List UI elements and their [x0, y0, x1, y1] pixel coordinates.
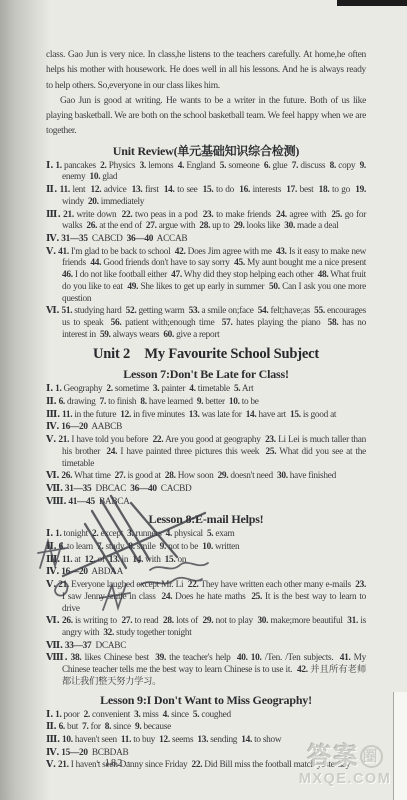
answer-text: 1. poor 2. convenient 3. miss 4. since 5…: [55, 710, 231, 720]
answer-block: Ⅷ. 41—45 BABCA: [46, 496, 366, 509]
book-page: class. Gao Jun is very nice. In class,he…: [0, 0, 407, 800]
photo-top-edge-bar: [337, 0, 407, 6]
page-number: · 182 ·: [84, 758, 144, 769]
answer-block: Ⅱ. 6. drawing 7. to finish 8. have learn…: [46, 396, 366, 409]
roman-numeral: Ⅲ.: [46, 734, 60, 745]
answer-block: Ⅰ. 1. tonight 2. except 3. runners 4. ph…: [46, 528, 366, 541]
lesson-7-heading: Lesson 7:Don't Be Late for Class!: [46, 367, 366, 381]
answer-text: 38. likes Chinese best 39. the teacher's…: [62, 653, 368, 686]
answer-text: 31—35 DBCAC 36—40 CACBD: [65, 484, 192, 494]
answer-block: Ⅱ. 6. to learn 7. study 8. smile 9. not …: [46, 541, 366, 554]
answer-block: Ⅴ. 21. I have told you before 22. Are yo…: [46, 434, 366, 470]
answer-block: Ⅶ. 31—35 DBCAC 36—40 CACBD: [46, 483, 366, 496]
answer-text: 6. drawing 7. to finish 8. have learned …: [59, 397, 259, 407]
roman-numeral: Ⅳ.: [46, 233, 59, 244]
answer-text: 16—20 AABCB: [61, 422, 122, 432]
watermark-logo-text: 答案: [308, 743, 360, 770]
intro-paragraph-1: class. Gao Jun is very nice. In class,he…: [46, 48, 366, 94]
page-content: class. Gao Jun is very nice. In class,he…: [46, 48, 366, 772]
answer-text: 41—45 BABCA: [68, 497, 129, 507]
answer-text: 21. Everyone laughed except Mr. Li 22. T…: [58, 580, 368, 613]
roman-numeral: Ⅷ.: [46, 652, 67, 663]
lesson-8-heading: Lesson 8:E-mail Helps!: [46, 512, 366, 526]
answer-text: 51. studying hard 52. getting warm 53. a…: [61, 306, 368, 339]
answer-text: 31—35 CABCD 36—40 ACCAB: [61, 234, 187, 244]
answer-block: Ⅵ. 51. studying hard 52. getting warm 53…: [46, 305, 366, 341]
answer-text: 1. Geography 2. sometime 3. painter 4. t…: [55, 384, 253, 394]
answer-text: 11. at 12. of 13. in 14. with 15. on: [62, 555, 186, 565]
roman-numeral: Ⅰ.: [46, 383, 53, 394]
answer-text: 1. tonight 2. except 3. runners 4. physi…: [55, 529, 234, 539]
answer-block: Ⅳ. 16—20 ABDAA: [46, 566, 366, 579]
watermark-site: MXQE.COM: [284, 771, 406, 787]
answer-block: Ⅲ. 11. in the future 12. in five minutes…: [46, 409, 366, 422]
answer-text: 10. haven't seen 11. to buy 12. seems 13…: [62, 735, 281, 745]
roman-numeral: Ⅵ.: [46, 615, 60, 626]
answer-block: Ⅵ. 26. is writing to 27. to read 28. lot…: [46, 615, 366, 639]
answer-block: Ⅱ. 6. but 7. for 8. since 9. because: [46, 721, 366, 734]
roman-numeral: Ⅱ.: [46, 396, 57, 407]
roman-numeral: Ⅲ.: [46, 209, 61, 220]
answer-text: 15—20 BCBDAB: [61, 748, 128, 758]
answer-text: 26. What time 27. is good at 28. How soo…: [61, 471, 336, 481]
roman-numeral: Ⅴ.: [46, 579, 56, 590]
answer-text: 21. I have told you before 22. Are you g…: [58, 435, 368, 468]
roman-numeral: Ⅴ.: [46, 759, 56, 770]
roman-numeral: Ⅳ.: [46, 747, 59, 758]
answer-text: 16—20 ABDAA: [61, 567, 123, 577]
roman-numeral: Ⅵ.: [46, 470, 59, 481]
lesson-9-heading: Lesson 9:I Don't Want to Miss Geography!: [46, 693, 366, 707]
answer-block: Ⅴ. 41. I'm glad to be back to school 42.…: [46, 246, 366, 306]
watermark-logo: 答案圈: [284, 744, 406, 770]
watermark-logo-badge: 圈: [360, 745, 383, 768]
roman-numeral: Ⅱ.: [46, 541, 57, 552]
answer-block: Ⅰ. 1. Geography 2. sometime 3. painter 4…: [46, 383, 366, 396]
answer-block: Ⅶ. 33—37 DCABC: [46, 640, 366, 653]
roman-numeral: Ⅱ.: [46, 721, 57, 732]
roman-numeral: Ⅵ.: [46, 305, 59, 316]
answer-text: 11. in the future 12. in five minutes 13…: [62, 410, 336, 420]
answer-text: 21. write down 22. two peas in a pod 23.…: [62, 210, 368, 232]
answer-block: Ⅱ. 11. lent 12. advice 13. first 14. to …: [46, 184, 366, 208]
answer-block: Ⅲ. 11. at 12. of 13. in 14. with 15. on: [46, 554, 366, 567]
answer-text: 33—37 DCABC: [65, 641, 126, 651]
intro-paragraph-2: Gao Jun is good at writing. He wants to …: [46, 94, 366, 140]
answer-text: 11. lent 12. advice 13. first 14. to see…: [60, 185, 368, 207]
answer-block: Ⅳ. 16—20 AABCB: [46, 421, 366, 434]
roman-numeral: Ⅲ.: [46, 409, 60, 420]
answer-text: 1. pancakes 2. Physics 3. lemons 4. Engl…: [55, 161, 368, 183]
roman-numeral: Ⅷ.: [46, 496, 66, 507]
answer-block: Ⅵ. 26. What time 27. is good at 28. How …: [46, 470, 366, 483]
answer-block: Ⅰ. 1. pancakes 2. Physics 3. lemons 4. E…: [46, 160, 366, 184]
roman-numeral: Ⅳ.: [46, 566, 59, 577]
answer-block: Ⅳ. 31—35 CABCD 36—40 ACCAB: [46, 233, 366, 246]
roman-numeral: Ⅴ.: [46, 434, 56, 445]
section-heading-unit-review: Unit Review(单元基础知识综合检测): [46, 144, 366, 158]
answer-block: Ⅷ. 38. likes Chinese best 39. the teache…: [46, 652, 366, 688]
unit-heading: Unit 2 My Favourite School Subject: [46, 346, 366, 363]
page-left-shadow: [0, 0, 50, 800]
watermark: 答案圈 MXQE.COM: [284, 744, 406, 787]
roman-numeral: Ⅶ.: [46, 640, 63, 651]
answer-block: Ⅲ. 21. write down 22. two peas in a pod …: [46, 209, 366, 233]
answer-text: 6. but 7. for 8. since 9. because: [59, 722, 171, 732]
answer-block: Ⅴ. 21. Everyone laughed except Mr. Li 22…: [46, 579, 366, 615]
roman-numeral: Ⅰ.: [46, 709, 53, 720]
roman-numeral: Ⅴ.: [46, 246, 56, 257]
roman-numeral: Ⅱ.: [46, 184, 57, 195]
roman-numeral: Ⅶ.: [46, 483, 63, 494]
answer-text: 6. to learn 7. study 8. smile 9. not to …: [59, 542, 240, 552]
roman-numeral: Ⅳ.: [46, 421, 59, 432]
answer-block: Ⅰ. 1. poor 2. convenient 3. miss 4. sinc…: [46, 709, 366, 722]
roman-numeral: Ⅰ.: [46, 528, 53, 539]
answer-text: 41. I'm glad to be back to school 42. Do…: [58, 247, 370, 304]
answer-text: 26. is writing to 27. to read 28. lots o…: [62, 616, 368, 638]
roman-numeral: Ⅰ.: [46, 160, 53, 171]
roman-numeral: Ⅲ.: [46, 554, 60, 565]
